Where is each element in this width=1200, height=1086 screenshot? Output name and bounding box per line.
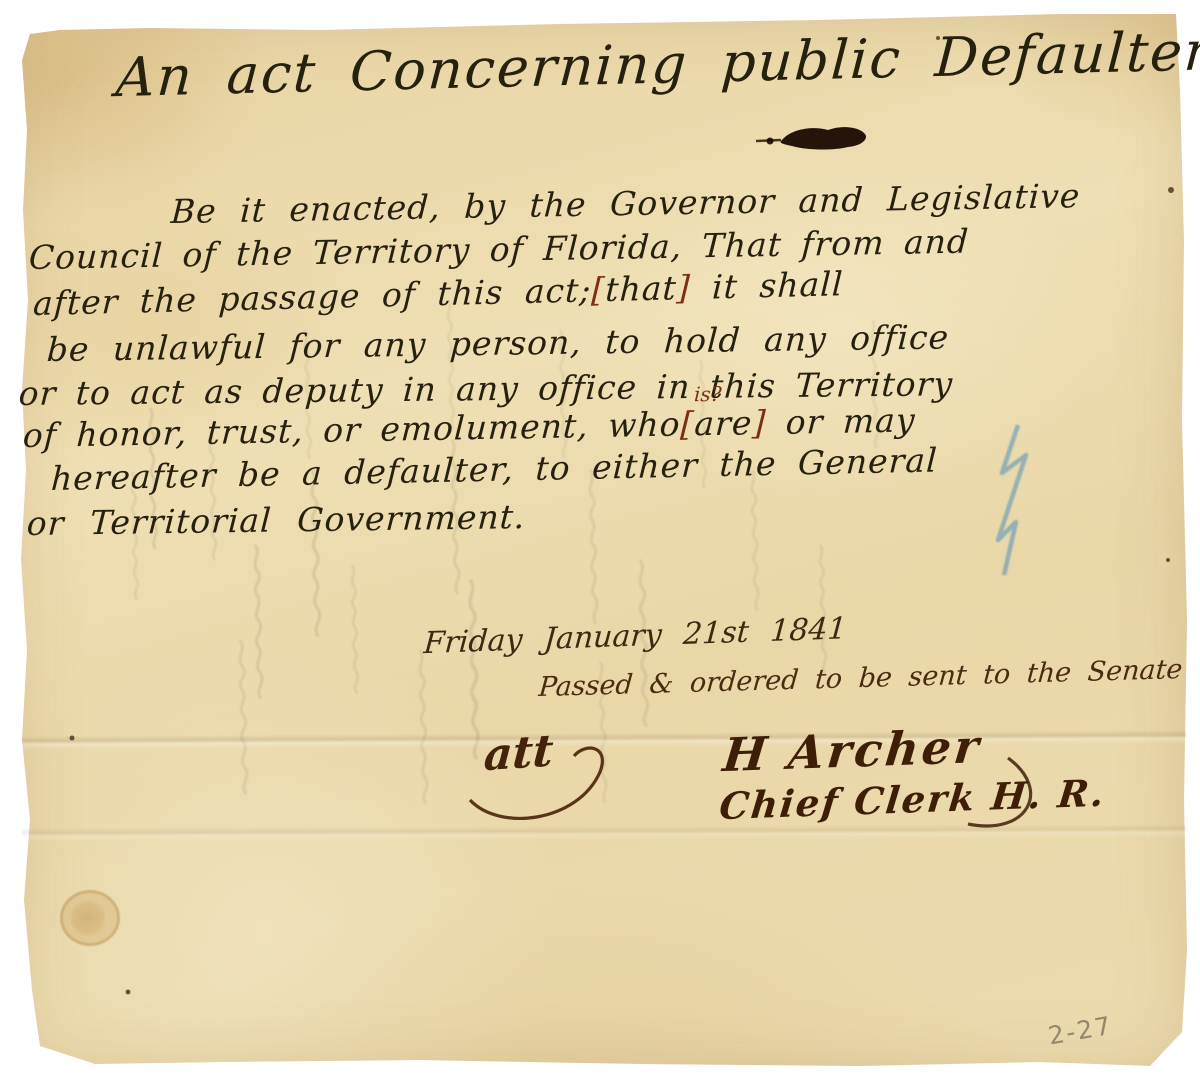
attestation-mark: att — [482, 725, 555, 781]
inserted-word-that: that — [605, 268, 678, 309]
manuscript-paper — [0, 0, 1200, 1086]
body-line-3-tail: it shall — [690, 264, 845, 307]
body-line-6-tail: or may — [765, 400, 916, 442]
editor-annotation-is: is? — [694, 382, 723, 407]
inserted-word-are: are — [693, 403, 753, 443]
signature-name: H Archer — [720, 719, 984, 782]
inserted-word-are-group: is?[are] — [680, 403, 768, 444]
scanned-document-canvas: An act Concerning public Defaulters Be i… — [0, 0, 1200, 1086]
body-line-8: or Territorial Government. — [26, 497, 527, 543]
water-stain — [60, 890, 120, 946]
inserted-bracket-close: ] — [751, 403, 767, 442]
